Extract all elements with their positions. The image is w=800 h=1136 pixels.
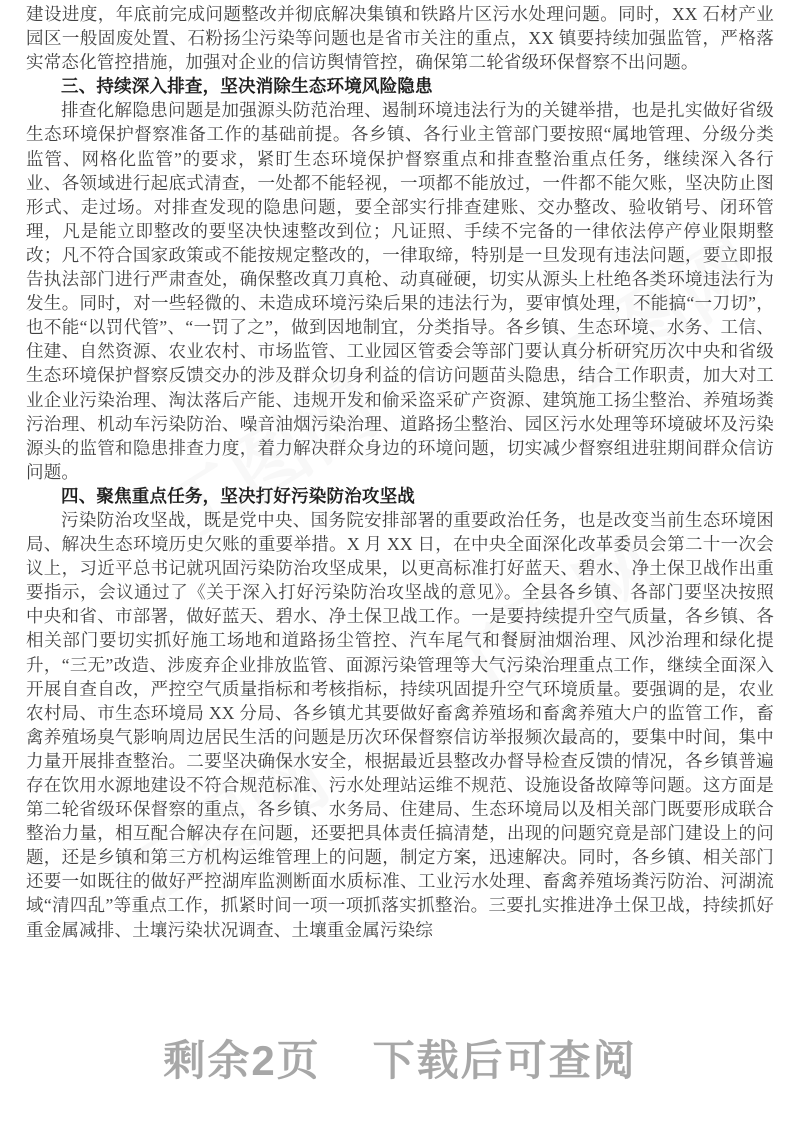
section-3-paragraph: 排查化解隐患问题是加强源头防范治理、遏制环境违法行为的关键举措，也是扎实做好省级… <box>26 98 774 484</box>
section-heading-4: 四、聚焦重点任务，坚决打好污染防治攻坚战 <box>26 484 774 508</box>
section-4-paragraph: 污染防治攻坚战，既是党中央、国务院安排部署的重要政治任务，也是改变当前生态环境困… <box>26 508 774 942</box>
preview-footer-banner[interactable]: 剩余2页下载后可查阅 <box>0 1028 800 1088</box>
remaining-pages-label: 剩余2页 <box>163 1037 320 1084</box>
document-body: 建设进度，年底前完成问题整改并彻底解决集镇和铁路片区污水处理问题。同时，XX 石… <box>26 2 774 942</box>
download-hint-label: 下载后可查阅 <box>373 1037 637 1084</box>
paragraph-continuation: 建设进度，年底前完成问题整改并彻底解决集镇和铁路片区污水处理问题。同时，XX 石… <box>26 2 774 74</box>
section-heading-3: 三、持续深入排查，坚决消除生态环境风险隐患 <box>26 74 774 98</box>
document-page: 工图网 工图网 工图网 工图网 建设进度，年底前完成问题整改并彻底解决集镇和铁路… <box>0 0 800 1136</box>
